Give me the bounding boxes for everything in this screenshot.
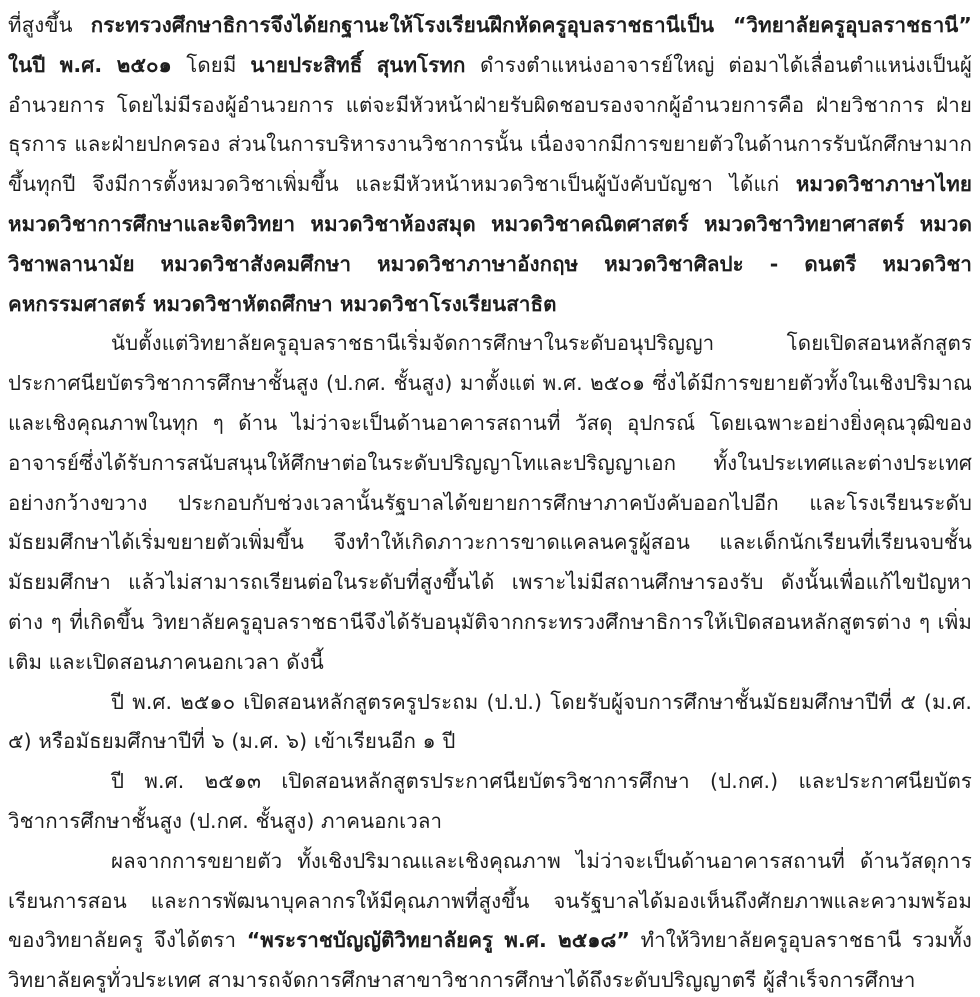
document-body: ที่สูงขึ้น กระทรวงศึกษาธิการจึงได้ยกฐานะ… (8, 6, 972, 997)
text-segment: ที่สูงขึ้น (8, 13, 91, 37)
paragraph: ปี พ.ศ. ๒๕๑๐ เปิดสอนหลักสูตรครูประถม (ป.… (8, 683, 972, 763)
bold-text-segment: “พระราชบัญญัติวิทยาลัยครู พ.ศ. ๒๕๑๘” (247, 928, 630, 952)
text-segment: ปี พ.ศ. ๒๕๑๓ เปิดสอนหลักสูตรประกาศนียบัต… (8, 769, 972, 833)
paragraph: ปี พ.ศ. ๒๕๑๓ เปิดสอนหลักสูตรประกาศนียบัต… (8, 762, 972, 842)
paragraph: ผลจากการขยายตัว ทั้งเชิงปริมาณและเชิงคุณ… (8, 842, 972, 997)
text-segment: โดยมี (186, 53, 250, 77)
bold-text-segment: นายประสิทธิ์ สุนทโรทก (250, 53, 480, 77)
document-page: ที่สูงขึ้น กระทรวงศึกษาธิการจึงได้ยกฐานะ… (0, 0, 980, 997)
paragraph: นับตั้งแต่วิทยาลัยครูอุบลราชธานีเริ่มจัด… (8, 324, 972, 682)
text-segment: นับตั้งแต่วิทยาลัยครูอุบลราชธานีเริ่มจัด… (8, 331, 972, 673)
text-segment: ปี พ.ศ. ๒๕๑๐ เปิดสอนหลักสูตรครูประถม (ป.… (8, 690, 972, 754)
paragraph: ที่สูงขึ้น กระทรวงศึกษาธิการจึงได้ยกฐานะ… (8, 6, 972, 324)
